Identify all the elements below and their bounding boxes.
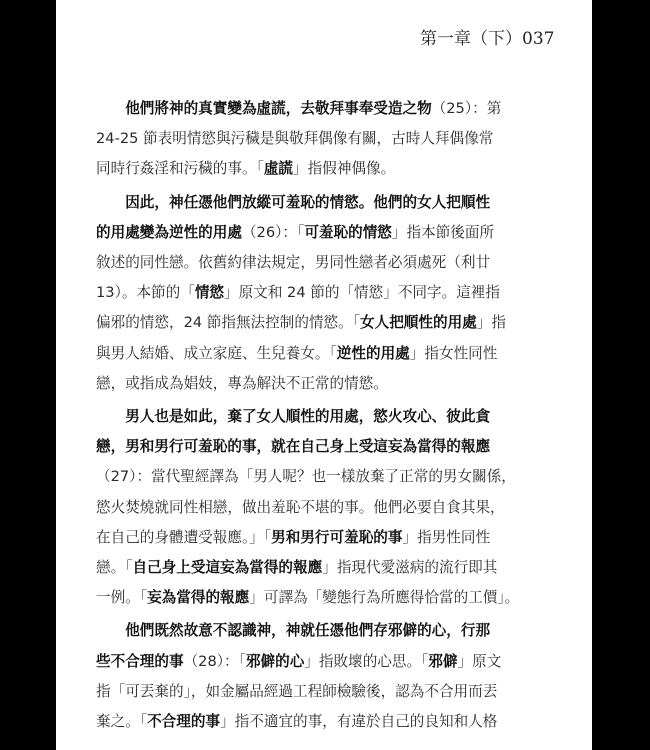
bold-scripture-text: 女人把順性的用處 <box>360 314 477 331</box>
commentary-text: 一例。「 <box>96 589 147 606</box>
body-text: 他們將神的真實變為虛謊，去敬拜事奉受造之物（25）：第24-25 節表明情慾與污… <box>96 94 554 740</box>
bold-scripture-text: 他們既然故意不認識神，神就任憑他們存邪僻的心，行那 <box>125 622 490 639</box>
bold-scripture-text: 因此，神任憑他們放縱可羞恥的情慾。他們的女人把順性 <box>125 194 490 211</box>
bold-scripture-text: 邪僻 <box>428 653 457 670</box>
bold-scripture-text: 不合理的事 <box>147 713 220 730</box>
bold-scripture-text: 戀，男和男行可羞恥的事，就在自己身上受這妄為當得的報應 <box>96 438 490 455</box>
commentary-text: （25）：第 <box>432 100 502 117</box>
paragraph: 男人也是如此，棄了女人順性的用處，慾火攻心、彼此貪戀，男和男行可羞恥的事，就在自… <box>96 402 554 613</box>
paragraph: 他們既然故意不認識神，神就任憑他們存邪僻的心，行那些不合理的事（28）：「邪僻的… <box>96 616 554 737</box>
text-line: 一例。「妄為當得的報應」可譯為「變態行為所應得恰當的工價」。 <box>96 583 554 613</box>
bold-scripture-text: 他們將神的真實變為虛謊，去敬拜事奉受造之物 <box>125 100 431 117</box>
commentary-text: 」指 <box>477 314 506 331</box>
text-line: 因此，神任憑他們放縱可羞恥的情慾。他們的女人把順性 <box>96 188 554 218</box>
commentary-text: 與男人結婚、成立家庭、生兒養女。「 <box>96 345 337 362</box>
bold-scripture-text: 男和男行可羞恥的事 <box>271 529 402 546</box>
text-line: 13）。本節的「情慾」原文和 24 節的「情慾」不同字。這裡指 <box>96 278 554 308</box>
text-line: 他們既然故意不認識神，神就任憑他們存邪僻的心，行那 <box>96 616 554 646</box>
text-line: 的用處變為逆性的用處（26）：「可羞恥的情慾」指本節後面所 <box>96 218 554 248</box>
text-line: （27）：當代聖經譯為「男人呢？也一樣放棄了正常的男女關係， <box>96 462 554 492</box>
bold-scripture-text: 逆性的用處 <box>337 345 410 362</box>
bold-scripture-text: 邪僻的心 <box>246 653 304 670</box>
text-line: 指「可丟棄的」，如金屬品經過工程師檢驗後，認為不合用而丟 <box>96 677 554 707</box>
commentary-text: 」可譯為「變態行為所應得恰當的工價」。 <box>249 589 519 606</box>
bold-scripture-text: 虛謊 <box>264 160 293 177</box>
commentary-text: 敘述的同性戀。依舊約律法規定，男同性戀者必須處死（利廿 <box>96 254 490 271</box>
commentary-text: 在自己的身體遭受報應。」「 <box>96 529 271 546</box>
text-line: 他們將神的真實變為虛謊，去敬拜事奉受造之物（25）：第 <box>96 94 554 124</box>
running-head: 第一章（下）037 <box>420 24 554 49</box>
text-line: 男人也是如此，棄了女人順性的用處，慾火攻心、彼此貪 <box>96 402 554 432</box>
bold-scripture-text: 妄為當得的報應 <box>147 589 249 606</box>
commentary-text: 偏邪的情慾，24 節指無法控制的情慾。「 <box>96 314 360 331</box>
text-line: 在自己的身體遭受報應。」「男和男行可羞恥的事」指男性同性 <box>96 523 554 553</box>
commentary-text: 戀。「 <box>96 559 132 576</box>
text-line: 戀，男和男行可羞恥的事，就在自己身上受這妄為當得的報應 <box>96 432 554 462</box>
bold-scripture-text: 可羞恥的情慾 <box>304 224 392 241</box>
paragraph: 他們將神的真實變為虛謊，去敬拜事奉受造之物（25）：第24-25 節表明情慾與污… <box>96 94 554 185</box>
commentary-text: 同時行姦淫和污穢的事。「 <box>96 160 264 177</box>
commentary-text: （28）：「 <box>184 653 246 670</box>
commentary-text: 慾火焚燒就同性相戀，做出羞恥不堪的事。他們必要自食其果， <box>96 499 505 516</box>
commentary-text: 指「可丟棄的」，如金屬品經過工程師檢驗後，認為不合用而丟 <box>96 683 497 700</box>
text-line: 與男人結婚、成立家庭、生兒養女。「逆性的用處」指女性同性 <box>96 339 554 369</box>
commentary-text: 」指現代愛滋病的流行即其 <box>322 559 497 576</box>
commentary-text: 」指敗壞的心思。「 <box>304 653 428 670</box>
commentary-text: 」原文 <box>458 653 502 670</box>
commentary-text: 13）。本節的「 <box>96 284 195 301</box>
text-line: 24-25 節表明情慾與污穢是與敬拜偶像有關，古時人拜偶像常 <box>96 124 554 154</box>
bold-scripture-text: 情慾 <box>195 284 224 301</box>
bold-scripture-text: 男人也是如此，棄了女人順性的用處，慾火攻心、彼此貪 <box>125 408 490 425</box>
commentary-text: 」指本節後面所 <box>392 224 494 241</box>
bold-scripture-text: 的用處變為逆性的用處 <box>96 224 242 241</box>
commentary-text: 」指女性同性 <box>410 345 498 362</box>
text-line: 戀，或指成為娼妓，專為解決不正常的情慾。 <box>96 369 554 399</box>
text-line: 偏邪的情慾，24 節指無法控制的情慾。「女人把順性的用處」指 <box>96 308 554 338</box>
text-line: 敘述的同性戀。依舊約律法規定，男同性戀者必須處死（利廿 <box>96 248 554 278</box>
text-line: 棄之。「不合理的事」指不適宜的事，有違於自己的良知和人格 <box>96 707 554 737</box>
text-line: 同時行姦淫和污穢的事。「虛謊」指假神偶像。 <box>96 154 554 184</box>
commentary-text: （27）：當代聖經譯為「男人呢？也一樣放棄了正常的男女關係， <box>96 468 516 485</box>
book-page: 第一章（下）037 他們將神的真實變為虛謊，去敬拜事奉受造之物（25）：第24-… <box>56 0 592 750</box>
commentary-text: 棄之。「 <box>96 713 147 730</box>
commentary-text: 」指不適宜的事，有違於自己的良知和人格 <box>220 713 497 730</box>
bold-scripture-text: 自己身上受這妄為當得的報應 <box>132 559 322 576</box>
commentary-text: （26）：「 <box>242 224 304 241</box>
text-line: 戀。「自己身上受這妄為當得的報應」指現代愛滋病的流行即其 <box>96 553 554 583</box>
text-line: 些不合理的事（28）：「邪僻的心」指敗壞的心思。「邪僻」原文 <box>96 647 554 677</box>
paragraph: 因此，神任憑他們放縱可羞恥的情慾。他們的女人把順性的用處變為逆性的用處（26）：… <box>96 188 554 399</box>
commentary-text: 戀，或指成為娼妓，專為解決不正常的情慾。 <box>96 375 388 392</box>
commentary-text: 24-25 節表明情慾與污穢是與敬拜偶像有關，古時人拜偶像常 <box>96 130 493 147</box>
bold-scripture-text: 些不合理的事 <box>96 653 184 670</box>
text-line: 慾火焚燒就同性相戀，做出羞恥不堪的事。他們必要自食其果， <box>96 493 554 523</box>
commentary-text: 」原文和 24 節的「情慾」不同字。這裡指 <box>224 284 500 301</box>
commentary-text: 」指假神偶像。 <box>293 160 395 177</box>
commentary-text: 」指男性同性 <box>402 529 490 546</box>
